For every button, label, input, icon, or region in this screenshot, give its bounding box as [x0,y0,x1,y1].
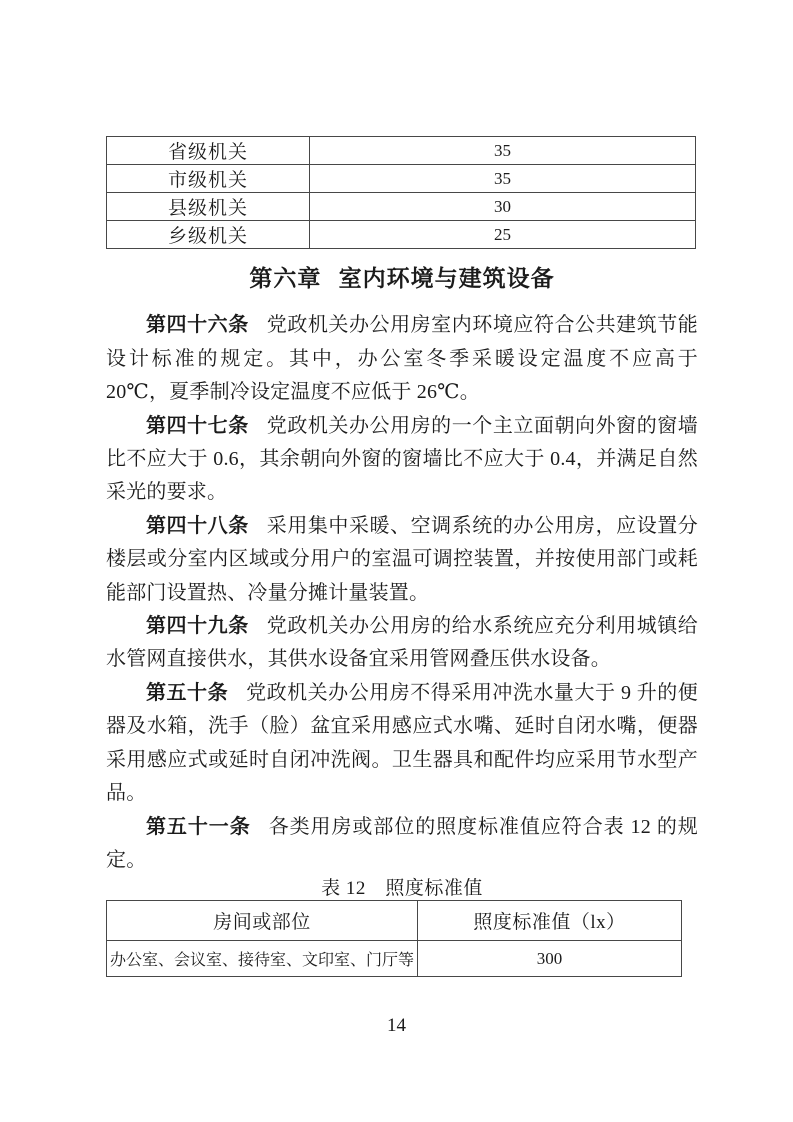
page-content: 省级机关 35 市级机关 35 县级机关 30 乡级机关 25 第六章室内环境与… [106,136,698,977]
table-12-caption: 表 12 照度标准值 [106,877,698,900]
area-value-cell: 30 [310,193,696,221]
article-49-label: 第四十九条 [146,615,249,637]
area-value-cell: 35 [310,165,696,193]
lux-value-cell: 300 [418,941,682,977]
room-cell: 办公室、会议室、接待室、文印室、门厅等 [107,941,418,977]
article-48: 第四十八条采用集中采暖、空调系统的办公用房，应设置分楼层或分室内区域或分用户的室… [106,510,698,610]
article-46: 第四十六条党政机关办公用房室内环境应符合公共建筑节能设计标准的规定。其中，办公室… [106,309,698,409]
page-number: 14 [0,1014,793,1038]
article-46-label: 第四十六条 [146,314,249,336]
table-row: 办公室、会议室、接待室、文印室、门厅等 300 [107,941,682,977]
article-paragraphs: 第四十六条党政机关办公用房室内环境应符合公共建筑节能设计标准的规定。其中，办公室… [106,309,698,877]
article-49: 第四十九条党政机关办公用房的给水系统应充分利用城镇给水管网直接供水，其供水设备宜… [106,610,698,677]
table-row: 省级机关 35 [107,137,696,165]
table-row: 市级机关 35 [107,165,696,193]
table-row: 乡级机关 25 [107,221,696,249]
document-page: 省级机关 35 市级机关 35 县级机关 30 乡级机关 25 第六章室内环境与… [0,0,793,1122]
illuminance-table: 房间或部位 照度标准值（lx） 办公室、会议室、接待室、文印室、门厅等 300 [106,900,682,977]
table-row: 县级机关 30 [107,193,696,221]
org-level-cell: 乡级机关 [107,221,310,249]
org-level-cell: 省级机关 [107,137,310,165]
room-header-cell: 房间或部位 [107,901,418,941]
floor-area-table: 省级机关 35 市级机关 35 县级机关 30 乡级机关 25 [106,136,696,249]
org-level-cell: 市级机关 [107,165,310,193]
chapter-number: 第六章 [249,265,321,291]
article-48-label: 第四十八条 [146,515,249,537]
article-47-label: 第四十七条 [146,415,249,437]
chapter-heading: 第六章室内环境与建筑设备 [106,263,698,294]
article-50: 第五十条党政机关办公用房不得采用冲洗水量大于 9 升的便器及水箱，洗手（脸）盆宜… [106,677,698,811]
lux-header-cell: 照度标准值（lx） [418,901,682,941]
article-51: 第五十一条各类用房或部位的照度标准值应符合表 12 的规定。 [106,811,698,878]
article-47: 第四十七条党政机关办公用房的一个主立面朝向外窗的窗墙比不应大于 0.6，其余朝向… [106,410,698,510]
chapter-title: 室内环境与建筑设备 [339,265,555,291]
area-value-cell: 35 [310,137,696,165]
table-header-row: 房间或部位 照度标准值（lx） [107,901,682,941]
article-51-label: 第五十一条 [146,816,251,838]
article-50-label: 第五十条 [146,682,228,704]
org-level-cell: 县级机关 [107,193,310,221]
area-value-cell: 25 [310,221,696,249]
